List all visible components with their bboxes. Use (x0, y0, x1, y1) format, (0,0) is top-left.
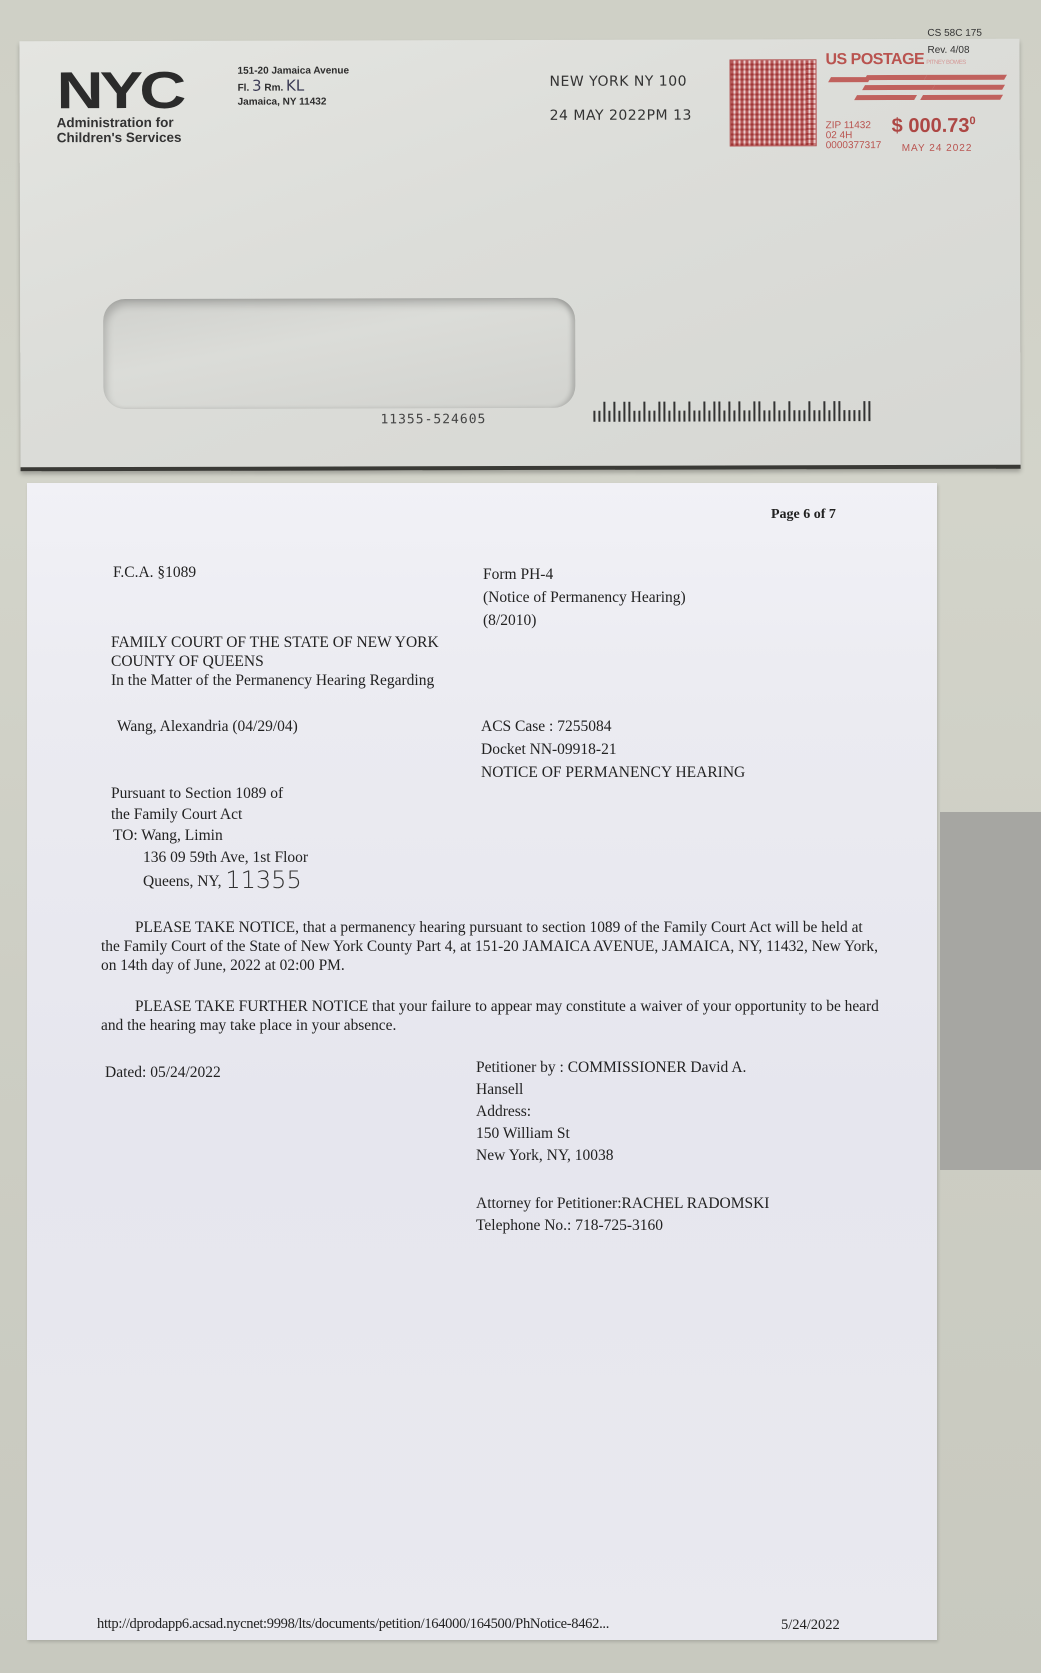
court-heading: FAMILY COURT OF THE STATE OF NEW YORK CO… (111, 633, 439, 690)
zip-routing-code: 11355-524605 (380, 412, 486, 427)
postage-amount: $ 000.730 (892, 115, 976, 138)
postmark-date: 24 MAY 2022PM 13 (550, 99, 692, 133)
postmark-city: NEW YORK NY 100 (550, 65, 692, 99)
pursuant-line-2: the Family Court Act (111, 804, 283, 825)
petitioner-block: Petitioner by : COMMISSIONER David A. Ha… (476, 1057, 796, 1167)
attorney-name: Attorney for Petitioner:RACHEL RADOMSKI (476, 1193, 769, 1215)
notice-paragraph-1: PLEASE TAKE NOTICE, that a permanency he… (101, 918, 881, 975)
return-address-city: Jamaica, NY 11432 (238, 95, 350, 109)
court-county: COUNTY OF QUEENS (111, 652, 439, 671)
recipient-address-2: Queens, NY, 11355 (113, 869, 308, 893)
court-name: FAMILY COURT OF THE STATE OF NEW YORK (111, 633, 439, 652)
postage-date: MAY 24 2022 (902, 143, 973, 154)
nyc-logo: NYC (57, 65, 183, 117)
redaction-block (940, 812, 1041, 1170)
postage-meter-number: 0000377317 (826, 141, 882, 151)
floor-value: 3 (252, 77, 262, 95)
child-name: Wang, Alexandria (04/29/04) (117, 715, 298, 738)
room-label: Rm. (264, 83, 283, 94)
petitioner-address-2: New York, NY, 10038 (476, 1145, 796, 1167)
envelope-form-code: CS 58C 175 Rev. 4/08 (927, 25, 982, 59)
postmark: NEW YORK NY 100 24 MAY 2022PM 13 (550, 65, 692, 133)
form-number: Form PH-4 (483, 563, 686, 586)
floor-label: Fl. (238, 83, 250, 94)
form-code-line-1: CS 58C 175 (927, 25, 982, 42)
docket-number: Docket NN-09918-21 (481, 738, 745, 761)
form-revision: (8/2010) (483, 609, 686, 632)
notice-paragraph-2: PLEASE TAKE FURTHER NOTICE that your fai… (101, 997, 881, 1035)
postage-provider: PITNEY BOWES (926, 60, 966, 66)
agency-line-1: Administration for (57, 115, 182, 130)
attorney-phone: Telephone No.: 718-725-3160 (476, 1215, 769, 1237)
dated: Dated: 05/24/2022 (105, 1061, 221, 1084)
postage-title: US POSTAGEPITNEY BOWES (825, 51, 1015, 69)
return-address: 151-20 Jamaica Avenue Fl. 3 Rm. KL Jamai… (238, 64, 350, 109)
case-info: ACS Case : 7255084 Docket NN-09918-21 NO… (481, 715, 745, 784)
form-title: (Notice of Permanency Hearing) (483, 586, 686, 609)
postage-meta: ZIP 11432 02 4H 0000377317 (826, 121, 882, 151)
recipient-name: TO: Wang, Limin (113, 825, 308, 847)
petitioner-address-label: Address: (476, 1101, 796, 1123)
form-info: Form PH-4 (Notice of Permanency Hearing)… (483, 563, 686, 632)
envelope-window (103, 298, 575, 409)
postage-meter: US POSTAGEPITNEY BOWES ZIP 11432 02 4H 0… (825, 51, 1015, 109)
footer-url: http://dprodapp6.acsad.nycnet:9998/lts/d… (97, 1613, 609, 1636)
postal-barcode (593, 399, 913, 422)
footer-date: 5/24/2022 (781, 1614, 840, 1637)
form-code-line-2: Rev. 4/08 (927, 42, 982, 59)
handwritten-zip: 11355 (225, 866, 301, 894)
notice-title: NOTICE OF PERMANENCY HEARING (481, 761, 745, 784)
matter-line: In the Matter of the Permanency Hearing … (111, 671, 439, 690)
pursuant-clause: Pursuant to Section 1089 of the Family C… (111, 783, 283, 825)
room-value: KL (286, 77, 304, 95)
statute-reference: F.C.A. §1089 (113, 561, 196, 584)
attorney-block: Attorney for Petitioner:RACHEL RADOMSKI … (476, 1193, 769, 1237)
recipient-block: TO: Wang, Limin 136 09 59th Ave, 1st Flo… (113, 825, 308, 893)
pursuant-line-1: Pursuant to Section 1089 of (111, 783, 283, 804)
envelope: NYC Administration for Children's Servic… (19, 39, 1020, 472)
return-address-floor-room: Fl. 3 Rm. KL (238, 78, 350, 95)
postage-2d-barcode (729, 59, 816, 146)
agency-name: Administration for Children's Services (57, 115, 182, 145)
notice-document: Page 6 of 7 F.C.A. §1089 Form PH-4 (Noti… (27, 483, 937, 1640)
petitioner-name: Petitioner by : COMMISSIONER David A. Ha… (476, 1057, 796, 1101)
petitioner-address-1: 150 William St (476, 1123, 796, 1145)
page-number: Page 6 of 7 (771, 503, 836, 526)
agency-line-2: Children's Services (57, 130, 182, 145)
acs-case-number: ACS Case : 7255084 (481, 715, 745, 738)
eagle-icon (826, 71, 1016, 109)
